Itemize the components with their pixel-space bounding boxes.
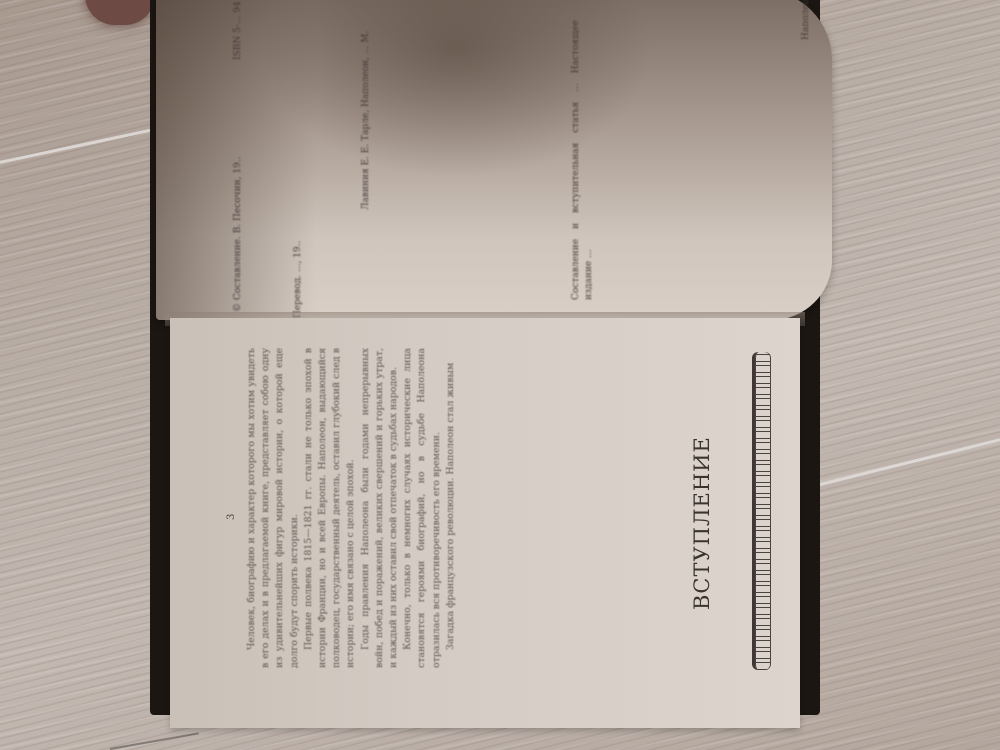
decorative-chain-border <box>752 352 771 670</box>
imprint-copyright-1: © Составление. В. Песочин, 19.. <box>232 156 245 312</box>
paragraph: Человек, биографию и характер которого м… <box>245 348 302 668</box>
imprint-title-line: Лавиния Е. Е. Тарле, Наполеон, ... М. <box>360 31 373 210</box>
paragraph: Загадка французского революции. Наполеон… <box>444 348 458 668</box>
paragraph: Годы правления Наполеона были годами неп… <box>359 348 402 668</box>
imprint-edge-text: Наполеон Бонапарт. ... <box>800 0 813 40</box>
imprint-page <box>156 0 832 320</box>
paragraph: Конечно, только в немногих случаях истор… <box>401 348 444 668</box>
introduction-body: Человек, биографию и характер которого м… <box>245 348 715 668</box>
page-number: 3 <box>226 514 237 520</box>
imprint-annotation: Составление и вступительная статья ... Н… <box>570 20 596 300</box>
imprint-isbn: ISBN 5-... 94 ... 3 <box>232 0 245 60</box>
paragraph: Первые полвека 1815—1821 гг. стали не то… <box>302 348 359 668</box>
